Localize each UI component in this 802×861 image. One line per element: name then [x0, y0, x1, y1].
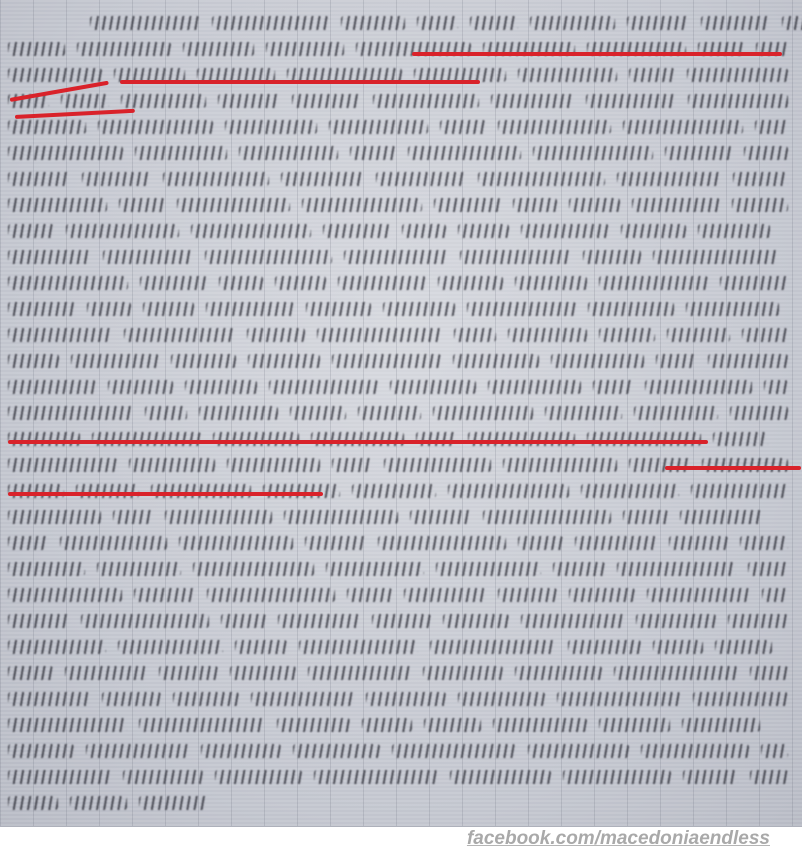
handwritten-word	[143, 302, 194, 316]
handwritten-word	[621, 224, 686, 238]
handwritten-word	[134, 588, 195, 602]
handwritten-word	[623, 120, 743, 134]
handwritten-word	[227, 458, 320, 472]
handwritten-word	[177, 198, 290, 212]
handwritten-word	[135, 146, 227, 160]
handwritten-word	[478, 172, 605, 186]
handwritten-line	[8, 556, 788, 582]
handwritten-line	[8, 114, 788, 140]
handwritten-word	[103, 250, 193, 264]
handwritten-word	[329, 120, 428, 134]
handwritten-word	[183, 42, 254, 56]
handwritten-word	[8, 796, 58, 810]
handwritten-line	[8, 244, 788, 270]
handwritten-word	[8, 614, 69, 628]
handwritten-word	[458, 692, 545, 706]
handwritten-word	[317, 328, 442, 342]
handwritten-word	[376, 172, 466, 186]
handwritten-word	[701, 16, 770, 30]
handwritten-word	[750, 666, 788, 680]
handwritten-word	[8, 68, 102, 82]
handwritten-line	[8, 712, 788, 738]
handwritten-word	[201, 744, 281, 758]
handwritten-word	[352, 484, 436, 498]
handwritten-word	[518, 536, 563, 550]
handwritten-word	[733, 172, 788, 186]
handwritten-word	[467, 302, 576, 316]
handwritten-word	[417, 16, 458, 30]
handwritten-word	[8, 380, 96, 394]
handwritten-word	[278, 614, 360, 628]
handwritten-word	[647, 588, 750, 602]
handwritten-word	[338, 276, 426, 290]
handwritten-line	[8, 296, 788, 322]
red-underline-annotation	[412, 52, 782, 56]
handwritten-word	[87, 302, 131, 316]
handwritten-word	[129, 458, 215, 472]
handwritten-word	[350, 146, 396, 160]
handwritten-word	[686, 302, 779, 316]
handwritten-line	[8, 504, 788, 530]
handwritten-word	[8, 692, 90, 706]
handwritten-word	[513, 198, 557, 212]
handwritten-word	[292, 94, 361, 108]
handwritten-word	[358, 406, 421, 420]
handwritten-word	[443, 614, 509, 628]
handwritten-word	[8, 302, 75, 316]
handwritten-word	[656, 354, 696, 368]
handwritten-word	[568, 640, 641, 654]
handwritten-word	[551, 354, 644, 368]
handwritten-word	[281, 172, 364, 186]
handwritten-word	[569, 588, 635, 602]
handwritten-word	[290, 406, 346, 420]
handwritten-word	[533, 146, 653, 160]
handwritten-word	[206, 302, 294, 316]
handwritten-word	[123, 770, 203, 784]
handwritten-word	[732, 198, 788, 212]
handwritten-line	[8, 530, 788, 556]
handwritten-word	[362, 718, 412, 732]
handwritten-word	[8, 458, 117, 472]
handwritten-word	[687, 68, 788, 82]
handwritten-word	[8, 146, 123, 160]
handwritten-word	[503, 458, 617, 472]
handwritten-word	[518, 68, 617, 82]
handwritten-word	[205, 250, 332, 264]
red-underline-annotation	[8, 440, 708, 444]
handwritten-word	[483, 510, 611, 524]
handwritten-line	[8, 608, 788, 634]
handwritten-word	[742, 328, 788, 342]
handwritten-word	[171, 354, 236, 368]
handwritten-word	[667, 328, 730, 342]
handwritten-word	[593, 380, 633, 394]
handwritten-word	[617, 172, 721, 186]
handwritten-word	[740, 536, 788, 550]
handwritten-word	[163, 172, 269, 186]
handwritten-word	[764, 380, 788, 394]
handwritten-word	[669, 536, 728, 550]
handwritten-word	[448, 484, 569, 498]
handwritten-word	[179, 536, 293, 550]
handwritten-word	[488, 380, 581, 394]
handwritten-word	[588, 302, 674, 316]
handwritten-word	[108, 380, 173, 394]
handwritten-word	[599, 718, 670, 732]
handwritten-word	[60, 536, 167, 550]
handwritten-word	[627, 16, 689, 30]
handwritten-word	[454, 328, 496, 342]
handwritten-line	[8, 192, 788, 218]
handwritten-word	[440, 120, 486, 134]
handwritten-word	[269, 380, 378, 394]
handwritten-word	[708, 354, 788, 368]
handwritten-word	[305, 536, 366, 550]
handwritten-word	[645, 380, 752, 394]
handwritten-line	[8, 166, 788, 192]
handwritten-word	[423, 666, 503, 680]
handwritten-word	[81, 614, 209, 628]
handwritten-word	[458, 224, 509, 238]
handwritten-word	[384, 458, 491, 472]
handwritten-word	[8, 120, 86, 134]
handwritten-word	[8, 744, 74, 758]
handwritten-word	[629, 68, 675, 82]
handwritten-word	[632, 198, 720, 212]
handwritten-word	[515, 276, 587, 290]
handwritten-word	[691, 484, 788, 498]
handwritten-word	[165, 510, 272, 524]
handwritten-word	[698, 224, 770, 238]
handwritten-word	[8, 640, 106, 654]
handwritten-word	[498, 588, 557, 602]
handwritten-line	[8, 790, 208, 816]
handwritten-word	[77, 42, 171, 56]
handwritten-word	[553, 562, 605, 576]
handwritten-word	[424, 718, 481, 732]
handwritten-word	[390, 380, 476, 394]
handwritten-word	[761, 744, 788, 758]
handwritten-line	[8, 270, 788, 296]
handwritten-word	[563, 770, 671, 784]
handwritten-word	[8, 354, 59, 368]
handwritten-word	[713, 432, 768, 446]
handwritten-word	[528, 744, 629, 758]
handwritten-word	[275, 276, 326, 290]
handwritten-line	[8, 322, 788, 348]
handwritten-word	[430, 640, 556, 654]
handwritten-word	[581, 484, 679, 498]
handwritten-line	[8, 36, 788, 62]
handwritten-word	[682, 718, 760, 732]
handwritten-word	[82, 172, 151, 186]
handwritten-line	[8, 348, 788, 374]
handwritten-word	[653, 250, 778, 264]
handwritten-word	[782, 16, 802, 30]
handwritten-word	[71, 354, 159, 368]
handwritten-word	[641, 744, 749, 758]
handwritten-word	[436, 562, 541, 576]
manuscript-page	[0, 0, 802, 827]
handwritten-word	[557, 692, 681, 706]
handwritten-word	[623, 510, 668, 524]
handwritten-word	[145, 406, 187, 420]
handwritten-word	[599, 328, 655, 342]
handwritten-word	[450, 770, 551, 784]
handwritten-word	[688, 94, 788, 108]
handwritten-word	[306, 302, 371, 316]
handwritten-word	[460, 250, 571, 264]
handwritten-word	[8, 588, 122, 602]
handwritten-word	[308, 666, 411, 680]
handwritten-word	[299, 640, 418, 654]
handwritten-word	[508, 328, 587, 342]
handwritten-word	[730, 406, 788, 420]
handwritten-word	[173, 692, 239, 706]
handwritten-word	[247, 328, 305, 342]
handwritten-word	[683, 770, 738, 784]
handwritten-line	[8, 218, 788, 244]
handwritten-word	[98, 120, 213, 134]
handwritten-word	[569, 198, 620, 212]
handwritten-word	[372, 614, 431, 628]
red-underline-annotation	[665, 466, 801, 470]
handwritten-word	[347, 588, 392, 602]
handwritten-word	[251, 692, 354, 706]
handwritten-word	[215, 770, 302, 784]
handwritten-word	[665, 146, 732, 160]
handwritten-word	[575, 536, 657, 550]
handwritten-word	[8, 406, 133, 420]
handwritten-word	[332, 354, 441, 368]
handwritten-word	[8, 224, 54, 238]
handwritten-word	[410, 510, 471, 524]
handwritten-word	[314, 770, 438, 784]
handwritten-word	[86, 744, 189, 758]
handwritten-word	[693, 692, 788, 706]
handwritten-word	[392, 744, 516, 758]
handwritten-word	[470, 16, 518, 30]
handwritten-word	[8, 718, 127, 732]
handwritten-word	[8, 276, 128, 290]
handwritten-word	[8, 666, 53, 680]
handwritten-word	[404, 588, 486, 602]
handwritten-word	[284, 510, 398, 524]
handwritten-word	[8, 198, 107, 212]
red-underline-annotation	[120, 80, 480, 84]
handwritten-word	[97, 562, 181, 576]
handwritten-word	[8, 250, 91, 264]
handwritten-word	[653, 640, 703, 654]
handwritten-word	[748, 562, 788, 576]
handwritten-line	[8, 452, 788, 478]
handwritten-word	[636, 614, 716, 628]
handwritten-word	[266, 42, 344, 56]
handwritten-word	[8, 536, 48, 550]
handwritten-word	[139, 796, 208, 810]
handwritten-word	[493, 718, 587, 732]
handwritten-word	[323, 224, 390, 238]
handwritten-word	[744, 146, 788, 160]
handwritten-line	[8, 62, 788, 88]
handwritten-word	[344, 250, 448, 264]
handwritten-word	[438, 276, 503, 290]
handwritten-word	[599, 276, 708, 290]
handwritten-word	[8, 510, 101, 524]
handwritten-word	[230, 666, 296, 680]
handwritten-word	[90, 16, 200, 30]
handwritten-word	[248, 354, 320, 368]
handwritten-word	[8, 328, 112, 342]
handwritten-word	[121, 94, 206, 108]
handwritten-word	[235, 640, 287, 654]
handwritten-word	[102, 692, 161, 706]
handwritten-line	[8, 140, 788, 166]
handwritten-word	[720, 276, 788, 290]
handwritten-line	[8, 764, 788, 790]
handwritten-word	[680, 510, 762, 524]
handwritten-word	[8, 42, 65, 56]
handwritten-word	[762, 588, 788, 602]
handwritten-word	[583, 250, 641, 264]
handwritten-word	[293, 744, 380, 758]
handwritten-line	[8, 660, 788, 686]
handwritten-word	[159, 666, 218, 680]
handwritten-word	[8, 770, 111, 784]
handwritten-word	[225, 120, 317, 134]
handwritten-line	[8, 634, 788, 660]
handwritten-word	[207, 588, 335, 602]
handwritten-word	[139, 718, 265, 732]
handwritten-word	[750, 770, 788, 784]
handwritten-word	[614, 666, 738, 680]
handwritten-word	[61, 94, 109, 108]
handwritten-line	[8, 738, 788, 764]
handwritten-line	[8, 400, 788, 426]
handwritten-word	[634, 406, 718, 420]
handwritten-word	[715, 640, 772, 654]
handwritten-word	[185, 380, 257, 394]
handwritten-word	[124, 328, 235, 342]
handwritten-word	[113, 510, 153, 524]
handwritten-word	[341, 16, 405, 30]
handwritten-word	[221, 614, 266, 628]
handwritten-word	[212, 16, 329, 30]
handwritten-word	[302, 198, 422, 212]
handwritten-word	[219, 276, 263, 290]
handwritten-word	[218, 94, 280, 108]
handwritten-line	[8, 374, 788, 400]
handwritten-word	[332, 458, 372, 472]
handwritten-word	[70, 796, 127, 810]
handwritten-line	[8, 686, 788, 712]
watermark-link: facebook.com/macedoniaendless	[450, 828, 770, 850]
handwritten-word	[586, 94, 676, 108]
handwritten-word	[408, 146, 521, 160]
handwritten-word	[434, 198, 501, 212]
handwritten-word	[617, 562, 736, 576]
handwritten-word	[453, 354, 539, 368]
red-underline-annotation	[8, 492, 323, 496]
handwritten-word	[199, 406, 278, 420]
handwritten-line	[90, 10, 802, 36]
handwritten-word	[545, 406, 622, 420]
handwritten-word	[119, 198, 165, 212]
handwritten-word	[755, 120, 788, 134]
handwritten-word	[373, 94, 479, 108]
handwritten-word	[193, 562, 314, 576]
handwritten-word	[521, 614, 624, 628]
handwritten-word	[433, 406, 533, 420]
handwritten-word	[8, 562, 85, 576]
handwritten-word	[8, 172, 70, 186]
handwritten-word	[378, 536, 506, 550]
handwritten-word	[728, 614, 788, 628]
handwritten-line	[8, 478, 788, 504]
handwritten-word	[65, 666, 147, 680]
handwritten-line	[8, 426, 768, 452]
handwritten-line	[8, 582, 788, 608]
handwritten-word	[366, 692, 446, 706]
handwritten-word	[491, 94, 574, 108]
handwritten-word	[326, 562, 424, 576]
handwritten-word	[66, 224, 179, 238]
handwritten-word	[402, 224, 446, 238]
handwritten-word	[239, 146, 338, 160]
handwritten-word	[521, 224, 609, 238]
handwritten-word	[515, 666, 602, 680]
handwritten-word	[191, 224, 311, 238]
handwritten-word	[498, 120, 611, 134]
handwritten-word	[140, 276, 207, 290]
handwritten-word	[277, 718, 350, 732]
handwritten-word	[383, 302, 455, 316]
handwritten-word	[530, 16, 615, 30]
handwritten-word	[118, 640, 223, 654]
